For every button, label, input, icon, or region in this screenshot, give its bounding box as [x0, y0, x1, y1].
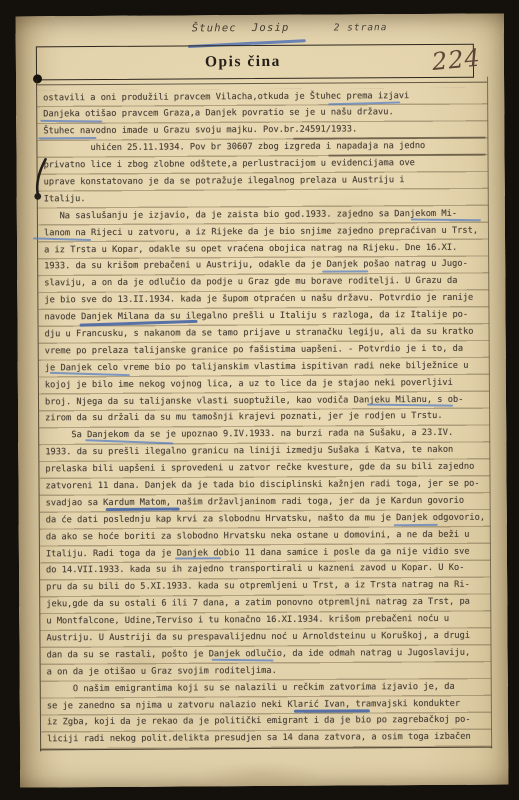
ink-dot — [33, 74, 42, 83]
title-box-double-rule — [36, 82, 487, 86]
header-person-name: Štuhec Josip — [192, 22, 290, 35]
header-page-count: 2 strana — [334, 22, 388, 33]
body-text: ostavili a oni produžili pravcem Vilacha… — [43, 88, 495, 749]
handwritten-page-number: 224 — [431, 44, 482, 76]
page-title: Opis čina — [205, 53, 281, 71]
title-box: Opis čina — [36, 44, 474, 81]
text-line: liciji radi nekog polit.delikta presudje… — [47, 730, 495, 750]
ink-margin-mark — [29, 156, 57, 208]
document-page: Štuhec Josip 2 strana Opis čina 224 osta… — [16, 14, 509, 788]
